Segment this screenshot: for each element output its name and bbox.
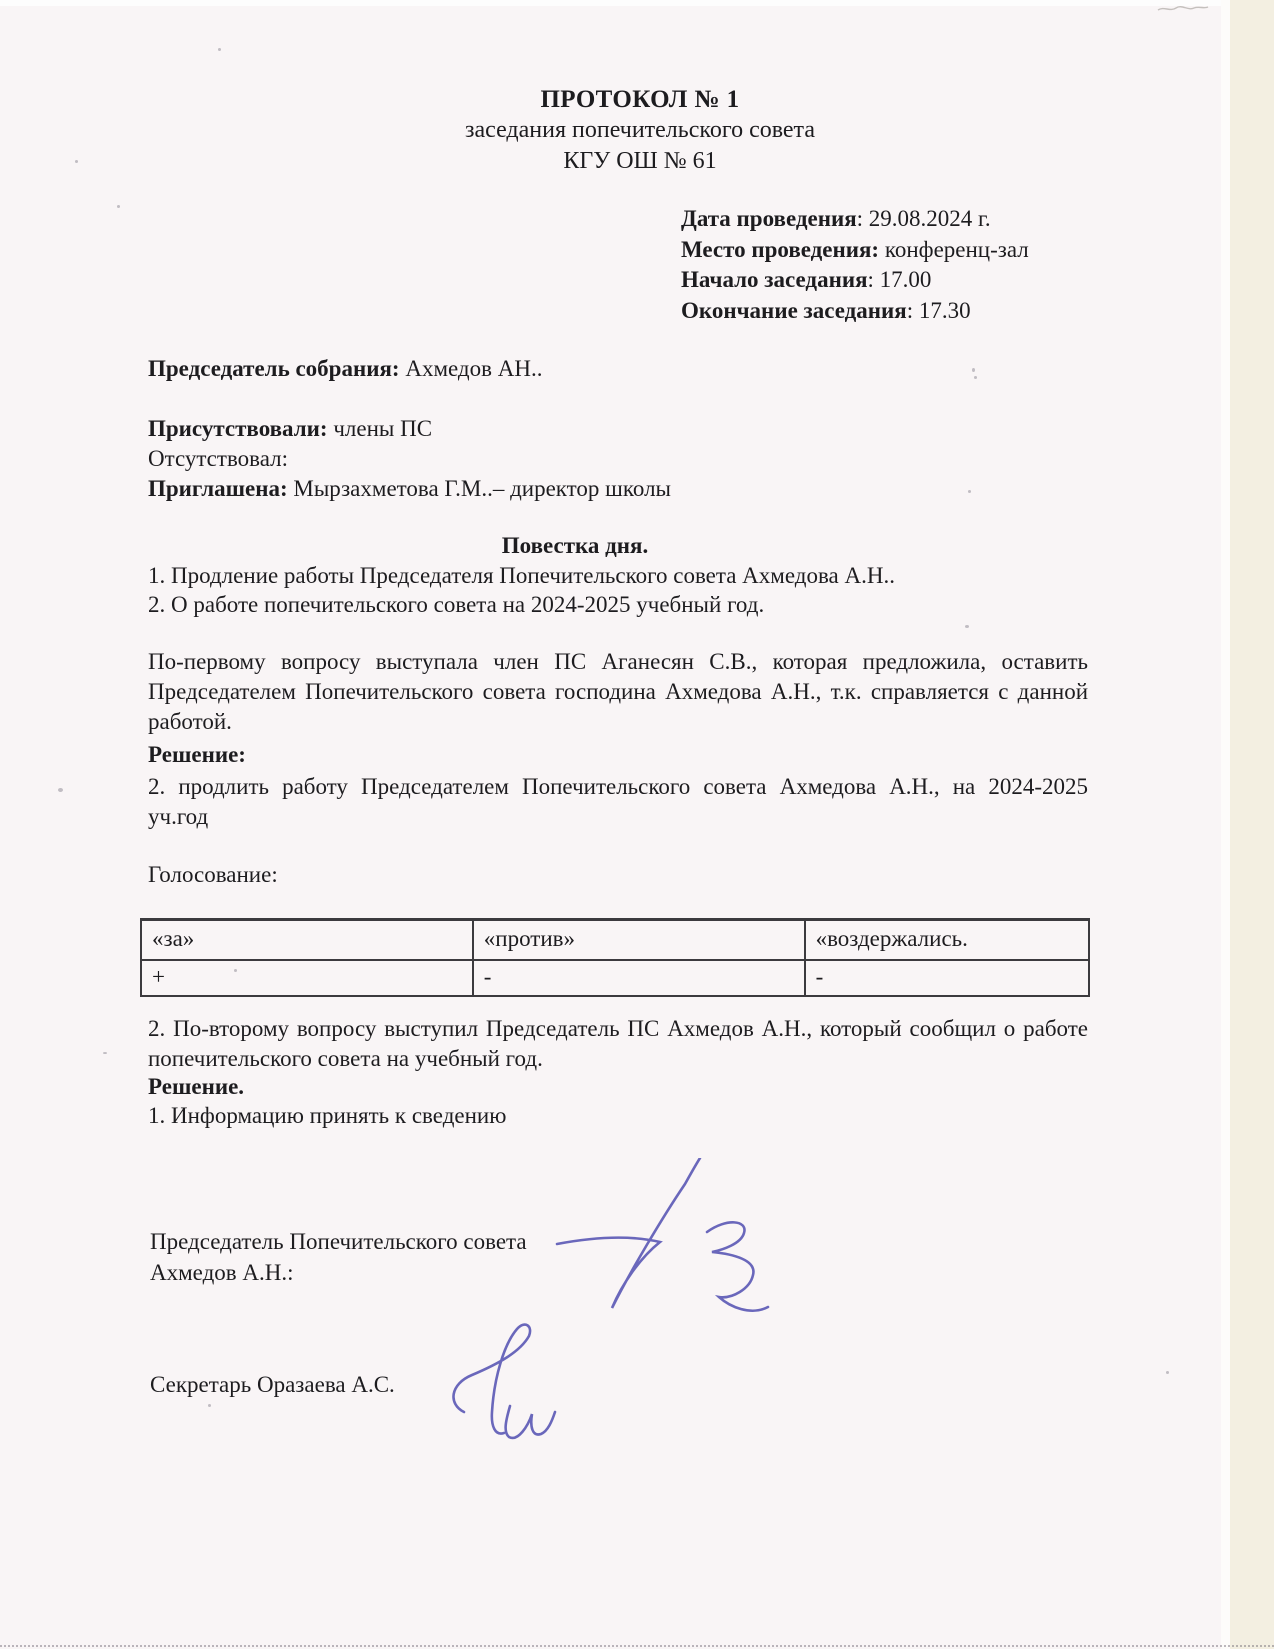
vote-header-abstained: «воздержались. — [805, 920, 1089, 961]
scan-speck — [117, 205, 120, 208]
meta-start-line: Начало заседания: 17.00 — [681, 265, 1029, 296]
attendees-block: Присутствовали: члены ПС Отсутствовал: П… — [148, 414, 671, 504]
document-header: ПРОТОКОЛ № 1 заседания попечительского с… — [150, 84, 1130, 177]
vote-value-for: + — [141, 960, 473, 996]
absent-line: Отсутствовал: — [148, 444, 671, 474]
question1-decision-text: 2. продлить работу Председателем Попечит… — [148, 772, 1088, 832]
chairman-signature-title: Председатель Попечительского совета — [150, 1226, 527, 1257]
chairman-line: Председатель собрания: Ахмедов АН.. — [148, 356, 542, 382]
meta-date-label: Дата проведения — [681, 206, 857, 231]
vote-header-for: «за» — [141, 920, 473, 961]
agenda-heading: Повестка дня. — [106, 531, 1044, 561]
meta-place-value: конференц-зал — [879, 237, 1029, 262]
question1-paragraph: По-первому вопросу выступала член ПС Ага… — [148, 647, 1088, 737]
document-subtitle-council: заседания попечительского совета — [150, 115, 1130, 146]
chairman-signature-name: Ахмедов А.Н.: — [150, 1257, 527, 1288]
meta-end-value: : 17.30 — [907, 298, 971, 323]
scan-speck — [965, 625, 969, 628]
invited-line: Приглашена: Мырзахметова Г.М..– директор… — [148, 474, 671, 504]
voting-table: «за» «против» «воздержались. + - - — [140, 918, 1090, 997]
vote-value-abstained: - — [805, 960, 1089, 996]
chairman-signature-ink — [552, 1158, 802, 1333]
scan-edge-top — [0, 0, 1274, 6]
vote-header-against: «против» — [473, 920, 805, 961]
scan-edge-right — [1230, 0, 1274, 1649]
meeting-meta-block: Дата проведения: 29.08.2024 г. Место про… — [681, 204, 1029, 326]
scan-speck — [103, 1052, 107, 1054]
meta-date-value: : 29.08.2024 г. — [857, 206, 991, 231]
document-title: ПРОТОКОЛ № 1 — [150, 84, 1130, 115]
scan-speck — [75, 160, 78, 163]
voting-label: Голосование: — [148, 862, 278, 888]
scan-speck — [218, 48, 221, 51]
meta-start-label: Начало заседания — [681, 267, 868, 292]
agenda-block: Повестка дня. 1. Продление работы Предсе… — [148, 531, 1086, 620]
chairman-signature-block: Председатель Попечительского совета Ахме… — [150, 1226, 527, 1288]
scan-speck — [58, 788, 63, 792]
scanned-protocol-document: ПРОТОКОЛ № 1 заседания попечительского с… — [0, 0, 1274, 1649]
question2-decision-text: 1. Информацию принять к сведению — [148, 1103, 506, 1129]
meta-end-label: Окончание заседания — [681, 298, 907, 323]
scan-speck — [972, 368, 975, 372]
agenda-item-1: 1. Продление работы Председателя Попечит… — [148, 561, 1086, 591]
voting-table-value-row: + - - — [141, 960, 1089, 996]
secretary-signature-ink — [440, 1320, 580, 1450]
secretary-signature-line: Секретарь Оразаева А.С. — [150, 1372, 395, 1398]
agenda-item-2: 2. О работе попечительского совета на 20… — [148, 590, 1086, 620]
meta-end-line: Окончание заседания: 17.30 — [681, 296, 1029, 327]
scan-speck — [1166, 1371, 1169, 1374]
meta-date-line: Дата проведения: 29.08.2024 г. — [681, 204, 1029, 235]
meta-start-value: : 17.00 — [868, 267, 932, 292]
chairman-value: Ахмедов АН.. — [400, 356, 543, 381]
invited-label: Приглашена: — [148, 476, 288, 501]
question2-paragraph: 2. По-второму вопросу выступил Председат… — [148, 1014, 1088, 1074]
vote-value-against: - — [473, 960, 805, 996]
scan-speck — [968, 490, 971, 493]
question1-decision-label: Решение: — [148, 742, 246, 768]
document-subtitle-school: КГУ ОШ № 61 — [150, 146, 1130, 177]
voting-table-header-row: «за» «против» «воздержались. — [141, 920, 1089, 961]
scan-speck — [974, 376, 977, 379]
scan-speck — [208, 1404, 211, 1407]
invited-value: Мырзахметова Г.М..– директор школы — [288, 476, 671, 501]
meta-place-line: Место проведения: конференц-зал — [681, 235, 1029, 266]
present-value: члены ПС — [328, 416, 432, 441]
scan-edge-divider — [1221, 0, 1230, 1649]
scan-edge-bottom — [0, 1645, 1274, 1647]
pencil-mark — [1156, 2, 1210, 16]
meta-place-label: Место проведения: — [681, 237, 879, 262]
chairman-label: Председатель собрания: — [148, 356, 400, 381]
question2-decision-label: Решение. — [148, 1074, 244, 1100]
present-label: Присутствовали: — [148, 416, 328, 441]
present-line: Присутствовали: члены ПС — [148, 414, 671, 444]
